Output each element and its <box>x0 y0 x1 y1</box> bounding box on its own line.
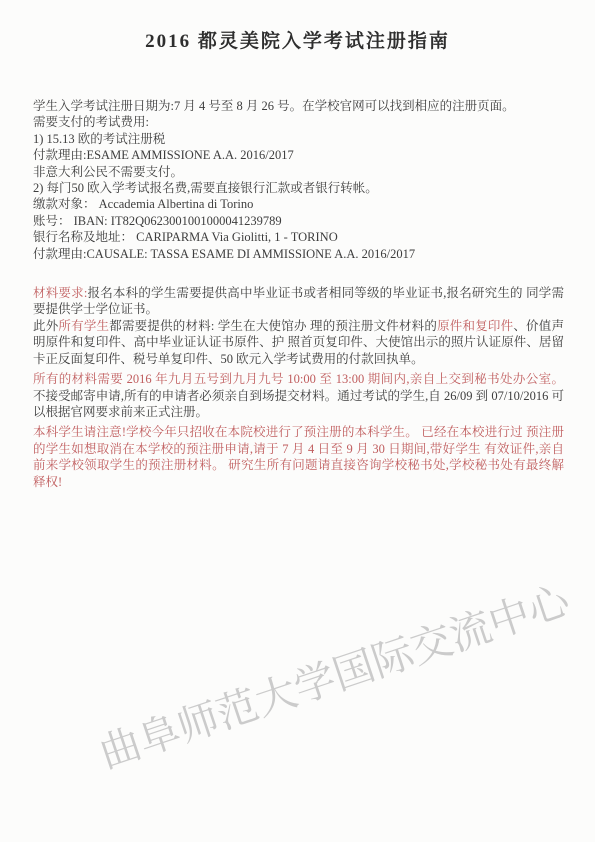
page-title: 2016 都灵美院入学考试注册指南 <box>0 26 595 53</box>
line-account-iban: 账号： IBAN: IT82Q0623001001000041239789 <box>33 213 564 229</box>
line-fee1: 1) 15.13 欧的考试注册税 <box>33 131 564 147</box>
line-fee2-reason: 付款理由:CAUSALE: TASSA ESAME DI AMMISSIONE … <box>33 246 564 262</box>
docs-all-students: 所有学生 <box>58 319 109 333</box>
material-requirements-text: 报名本科的学生需要提供高中毕业证书或者相同等级的毕业证书,报名研究生的 同学需要… <box>33 286 564 316</box>
line-payee: 缴款对象： Accademia Albertina di Torino <box>33 196 564 212</box>
paragraph-required-documents: 此外所有学生都需要提供的材料: 学生在大使馆办 理的预注册文件材料的原件和复印件… <box>33 318 564 367</box>
line-fee1-reason: 付款理由:ESAME AMMISSIONE A.A. 2016/2017 <box>33 147 564 163</box>
document-body: 学生入学考试注册日期为:7 月 4 号至 8 月 26 号。在学校官网可以找到相… <box>33 98 564 490</box>
document-page: 2016 都灵美院入学考试注册指南 学生入学考试注册日期为:7 月 4 号至 8… <box>0 0 595 842</box>
submission-details: 不接受邮寄申请,所有的申请者必须亲自到场提交材料。通过考试的学生,自 26/09… <box>33 389 564 419</box>
docs-middle: 都需要提供的材料: 学生在大使馆办 理的预注册文件材料的 <box>109 319 437 333</box>
submission-deadline: 所有的材料需要 2016 年九月五号到九月九号 10:00 至 13:00 期间… <box>33 372 564 386</box>
paragraph-registration-date: 学生入学考试注册日期为:7 月 4 号至 8 月 26 号。在学校官网可以找到相… <box>33 98 564 114</box>
watermark-text: 曲阜师范大学国际交流中心 <box>91 567 576 779</box>
paragraph-submission: 所有的材料需要 2016 年九月五号到九月九号 10:00 至 13:00 期间… <box>33 371 564 420</box>
line-fee1-note: 非意大利公民不需要支付。 <box>33 164 564 180</box>
paragraph-material-requirements: 材料要求:报名本科的学生需要提供高中毕业证书或者相同等级的毕业证书,报名研究生的… <box>33 285 564 318</box>
paragraph-undergraduate-notice: 本科学生请注意!学校今年只招收在本院校进行了预注册的本科学生。 已经在本校进行过… <box>33 424 564 490</box>
docs-prefix: 此外 <box>33 319 58 333</box>
line-fee2: 2) 每门50 欧入学考试报名费,需要直接银行汇款或者银行转帐。 <box>33 180 564 196</box>
material-requirements-label: 材料要求: <box>33 286 87 300</box>
line-bank-address: 银行名称及地址： CARIPARMA Via Giolitti, 1 - TOR… <box>33 229 564 245</box>
docs-originals-copies: 原件和复印件 <box>437 319 513 333</box>
line-fees-header: 需要支付的考试费用: <box>33 114 564 130</box>
